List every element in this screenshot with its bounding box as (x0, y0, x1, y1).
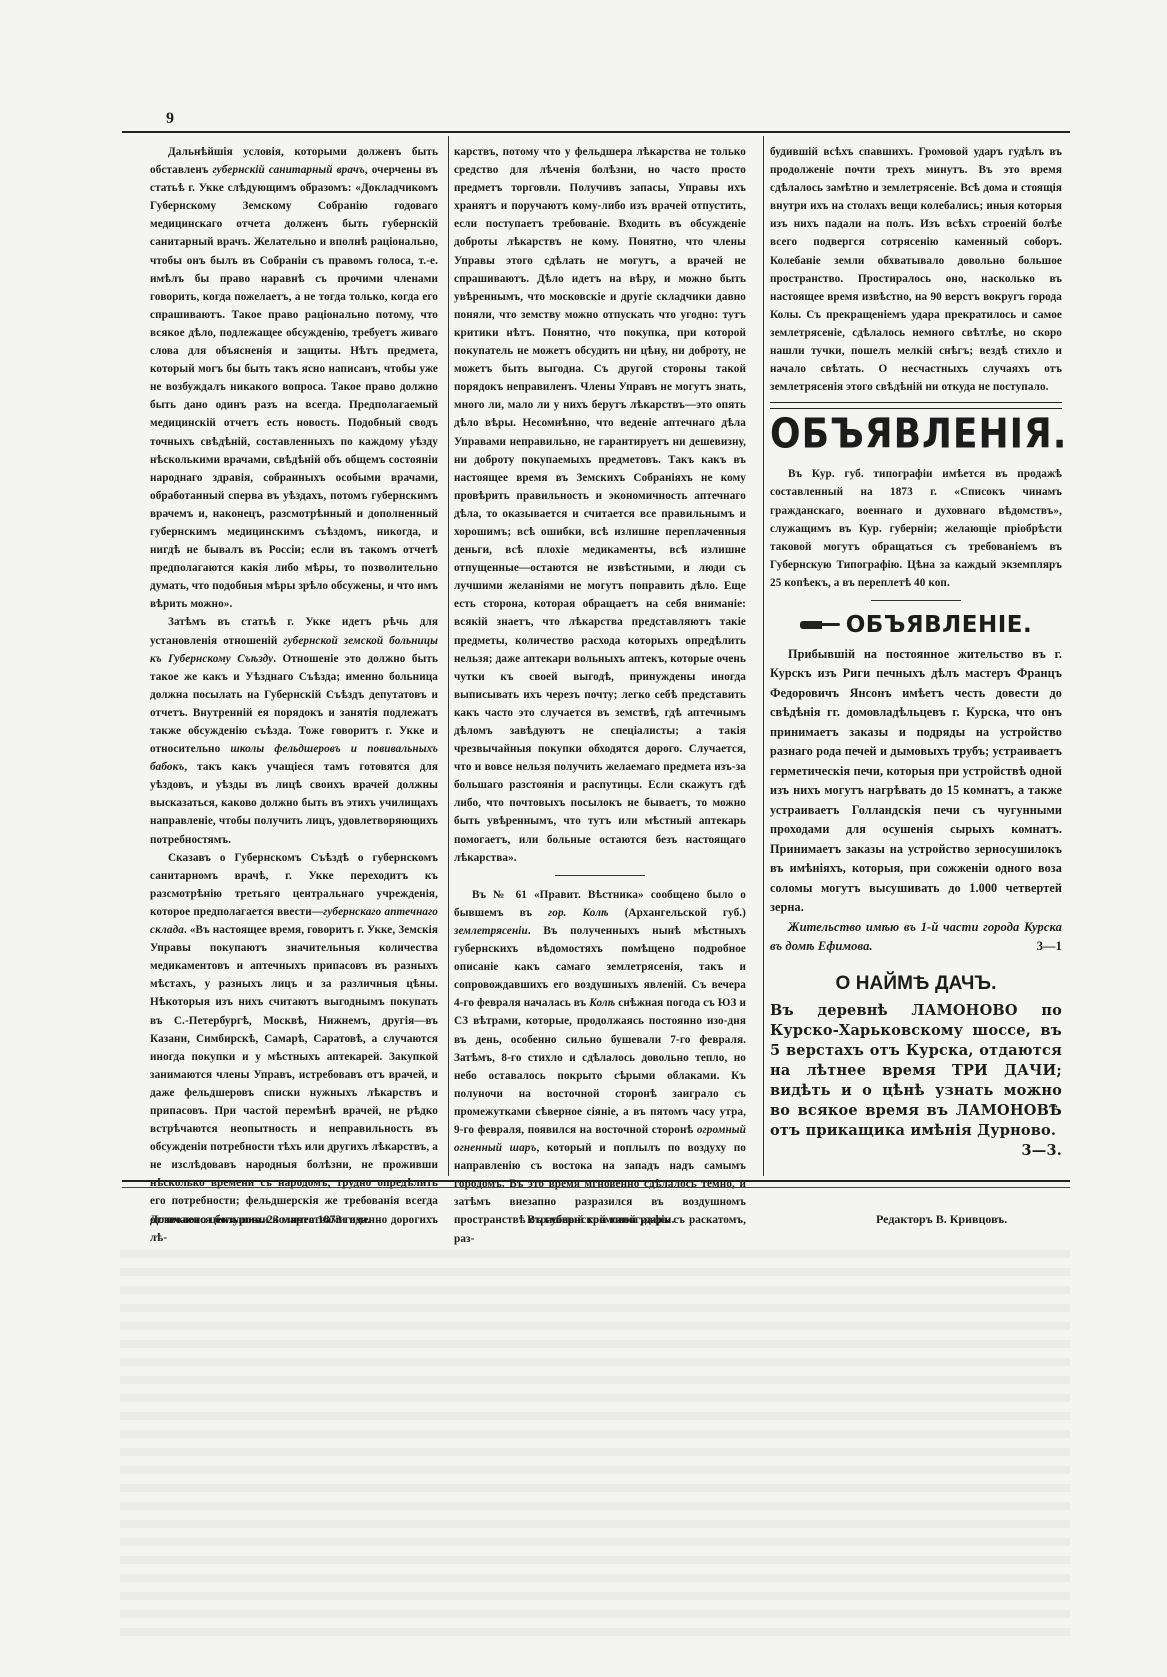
pointing-hand-icon (800, 618, 840, 632)
ad-stove-maker-body: Прибывшій на постоянное жительство въ г.… (770, 645, 1062, 918)
article-column-3: будившій всѣхъ спавшихъ. Громовой ударъ … (770, 143, 1062, 1161)
censor-approval: Дозволено цензурою. 23 марта 1873 года. (150, 1212, 370, 1227)
ad-heading-stove-maker: ОБЪЯВЛЕНІЕ. (770, 611, 1062, 639)
ad-dacha-body: Въ деревнѣ ЛАМОНОВО по Курско-Харьковско… (770, 1001, 1062, 1141)
ad-insertion-count: 3—1 (1019, 937, 1062, 957)
article-paragraph: карствъ, потому что у фельдшера лѣкарств… (454, 143, 746, 867)
page-number: 9 (166, 110, 174, 128)
ad-insertion-count: 3—3. (770, 1141, 1062, 1161)
footer-rule (122, 1180, 1070, 1188)
section-separator (871, 600, 961, 601)
news-paragraph-earthquake: Въ № 61 «Правит. Вѣстника» сообщено было… (454, 886, 746, 1248)
bleed-through-area (120, 1240, 1070, 1640)
ad-heading-dacha: О НАЙМѢ ДАЧЪ. (770, 975, 1062, 993)
section-rule (770, 402, 1062, 409)
column-divider (448, 136, 449, 1176)
article-paragraph: Затѣмъ въ статьѣ г. Укке идетъ рѣчь для … (150, 613, 438, 848)
article-column-1: Дальнѣйшія условія, которыми долженъ быт… (150, 143, 438, 1247)
ad-typography-list: Въ Кур. губ. типографіи имѣется въ прода… (770, 465, 1062, 592)
article-column-2: карствъ, потому что у фельдшера лѣкарств… (454, 143, 746, 1248)
editor-credit: Редакторъ В. Кривцовъ. (876, 1212, 1007, 1227)
header-rule (122, 131, 1070, 133)
article-paragraph: Дальнѣйшія условія, которыми долженъ быт… (150, 143, 438, 613)
column-divider (763, 136, 764, 1176)
ad-stove-maker-address: Жительство имѣю въ 1-й части города Курс… (770, 918, 1062, 957)
printer-credit: Въ губернской типографіи. (527, 1212, 674, 1227)
news-paragraph-earthquake-cont: будившій всѣхъ спавшихъ. Громовой ударъ … (770, 143, 1062, 396)
ad-heading-text: ОБЪЯВЛЕНІЕ. (846, 611, 1033, 639)
section-separator (555, 875, 645, 876)
advertisements-heading: ОБЪЯВЛЕНІЯ. (770, 412, 1062, 458)
